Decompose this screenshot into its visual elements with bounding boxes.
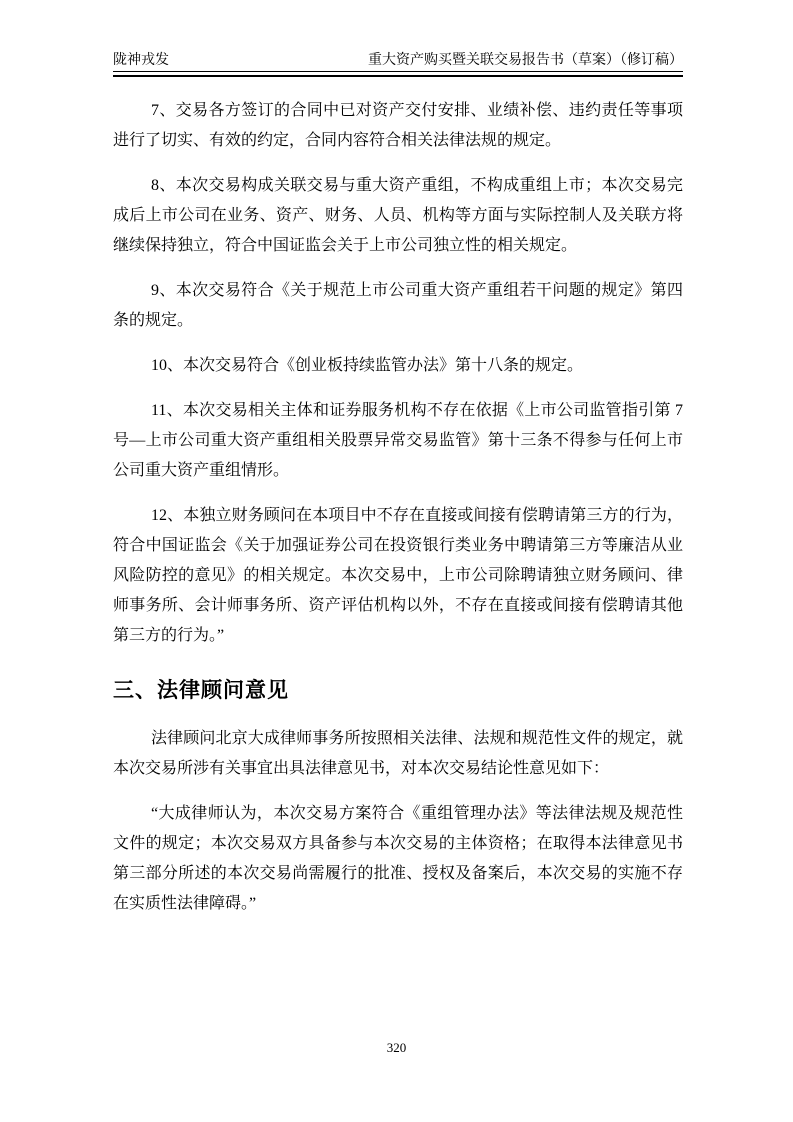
page-header: 陇神戎发 重大资产购买暨关联交易报告书（草案）（修订稿） [113,52,683,72]
section-heading-legal-advisor-opinion: 三、法律顾问意见 [113,677,683,705]
paragraph-item-12: 12、本独立财务顾问在本项目中不存在直接或间接有偿聘请第三方的行为，符合中国证监… [113,501,683,651]
page-number: 320 [0,1040,793,1056]
header-document-title: 重大资产购买暨关联交易报告书（草案）（修订稿） [368,52,683,70]
page-content-area: 陇神戎发 重大资产购买暨关联交易报告书（草案）（修订稿） 7、交易各方签订的合同… [113,52,683,919]
document-body: 7、交易各方签订的合同中已对资产交付安排、业绩补偿、违约责任等事项进行了切实、有… [113,96,683,919]
legal-advisor-conclusion-paragraph: “大成律师认为，本次交易方案符合《重组管理办法》等法律法规及规范性文件的规定；本… [113,799,683,919]
header-rule [113,75,683,78]
paragraph-item-10: 10、本次交易符合《创业板持续监管办法》第十八条的规定。 [113,351,683,381]
paragraph-item-9: 9、本次交易符合《关于规范上市公司重大资产重组若干问题的规定》第四条的规定。 [113,276,683,336]
paragraph-item-7: 7、交易各方签订的合同中已对资产交付安排、业绩补偿、违约责任等事项进行了切实、有… [113,96,683,156]
paragraph-item-8: 8、本次交易构成关联交易与重大资产重组，不构成重组上市；本次交易完成后上市公司在… [113,171,683,261]
paragraph-item-11: 11、本次交易相关主体和证券服务机构不存在依据《上市公司监管指引第 7 号—上市… [113,396,683,486]
header-company-name: 陇神戎发 [113,52,169,70]
legal-advisor-intro-paragraph: 法律顾问北京大成律师事务所按照相关法律、法规和规范性文件的规定，就本次交易所涉有… [113,724,683,784]
document-page: 陇神戎发 重大资产购买暨关联交易报告书（草案）（修订稿） 7、交易各方签订的合同… [0,0,793,1122]
